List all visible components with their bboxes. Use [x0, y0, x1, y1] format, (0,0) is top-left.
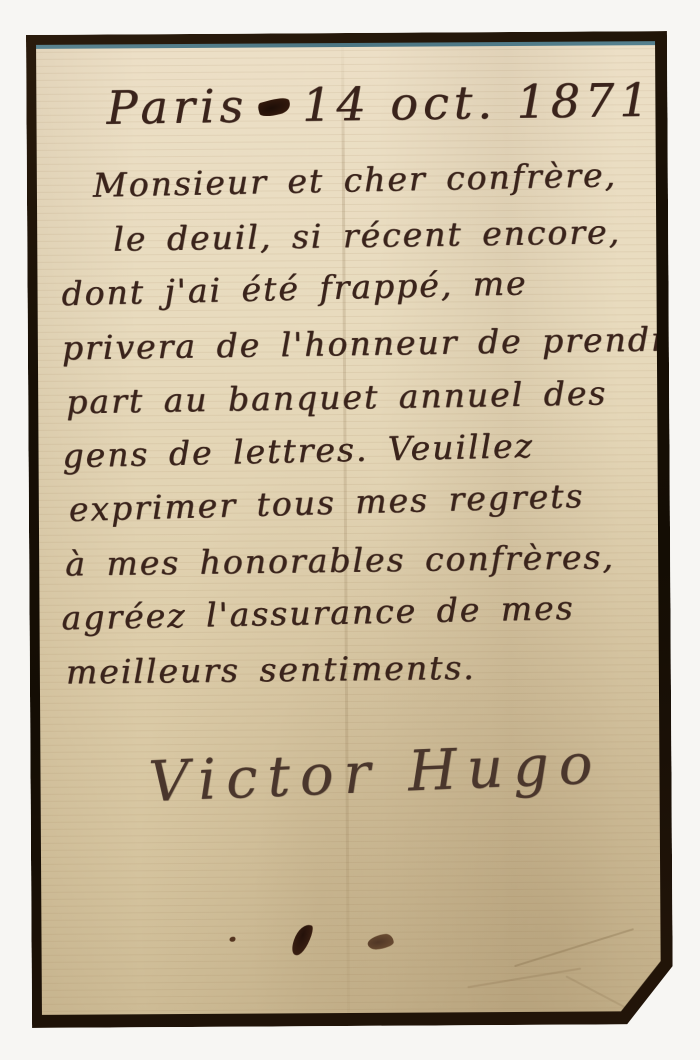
letter-paper: Paris14 oct. 1871 Monsieur et cher confr…	[36, 41, 661, 1015]
ink-speck	[229, 937, 235, 942]
letter-photo-frame: Paris14 oct. 1871 Monsieur et cher confr…	[26, 31, 673, 1028]
letter-line: agréez l'assurance de mes	[39, 586, 659, 652]
dateline-place: Paris	[106, 79, 248, 135]
dateline-date: 14 oct. 1871	[302, 73, 654, 132]
letter-line: Monsieur et cher confrère,	[36, 154, 656, 220]
crease-line	[565, 975, 628, 1009]
crease-line	[514, 928, 634, 967]
photo-background: Paris14 oct. 1871 Monsieur et cher confr…	[0, 0, 700, 1060]
ink-blot	[257, 96, 292, 120]
ink-speck	[367, 933, 395, 951]
letter-line: meilleurs sentiments.	[40, 646, 660, 707]
letter-body: Monsieur et cher confrère, le deuil, si …	[37, 163, 659, 707]
dateline: Paris14 oct. 1871	[106, 73, 654, 135]
ink-speck	[290, 922, 315, 958]
top-edge-accent-line	[36, 41, 655, 49]
crease-line	[467, 968, 581, 989]
signature: Victor Hugo	[147, 732, 603, 816]
